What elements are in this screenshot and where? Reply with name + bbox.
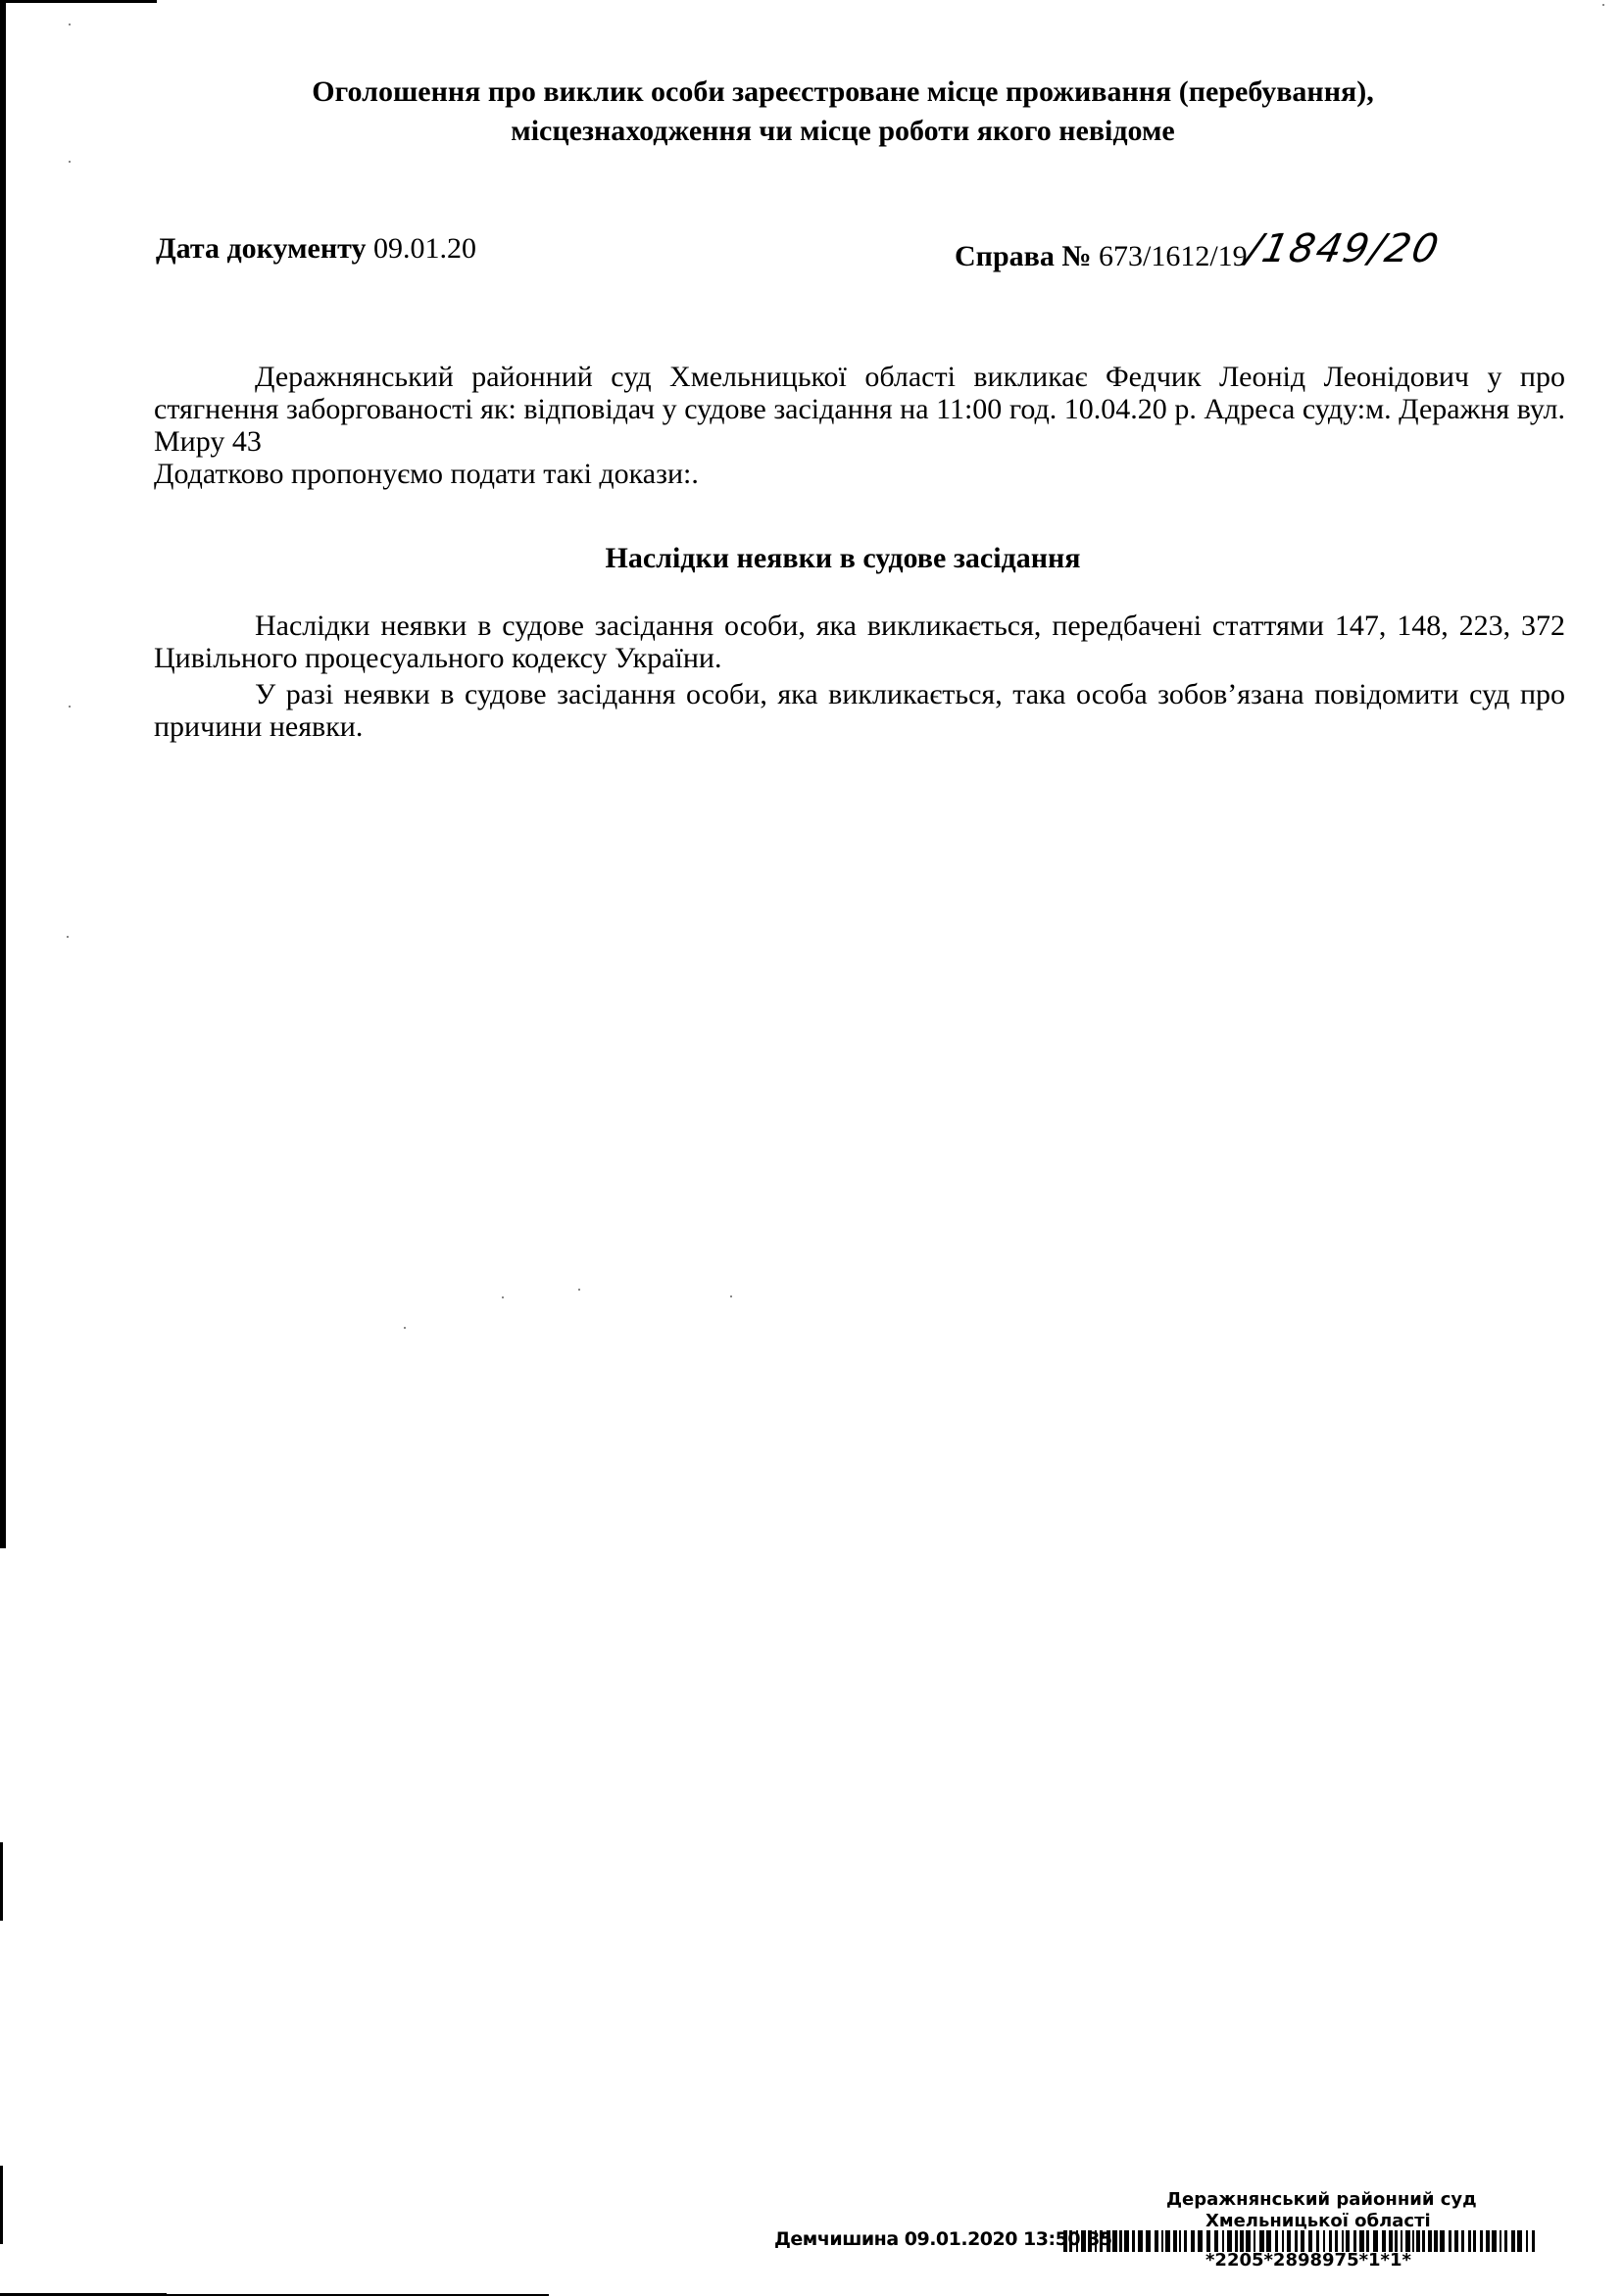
barcode-bar [1063,2230,1067,2252]
barcode-bar [1449,2230,1451,2252]
barcode-bar [1382,2230,1386,2252]
barcode-bar [1454,2230,1458,2252]
barcode-bar [1422,2230,1425,2252]
barcode-bar [1473,2230,1476,2252]
barcode-bar [1240,2230,1244,2252]
summons-body: Деражнянський районний суд Хмельницької … [154,361,1565,490]
barcode-bar [1335,2230,1338,2252]
barcode-bar [1282,2230,1284,2252]
barcode-bar [1492,2230,1497,2252]
barcode-bar [1301,2230,1304,2252]
case-number-printed: 673/1612/19 [1099,240,1248,272]
barcode-bar [1095,2230,1097,2252]
barcode [1063,2230,1539,2252]
section-heading: Наслідки неявки в судове засідання [147,541,1539,576]
barcode-bar [1405,2230,1410,2252]
scan-speck [69,24,71,25]
barcode-bar [1266,2230,1271,2252]
barcode-bar [1069,2230,1072,2252]
barcode-bar [1254,2230,1255,2252]
barcode-bar [1308,2230,1312,2252]
barcode-bar [1206,2230,1210,2252]
scan-speck [404,1327,406,1329]
barcode-bar [1259,2230,1264,2252]
barcode-bar [1353,2230,1356,2252]
case-number: Справа № 673/1612/19/1849/20 [955,235,1439,274]
barcode-bar [1366,2230,1369,2252]
barcode-bar [1486,2230,1490,2252]
barcode-bar [1389,2230,1393,2252]
barcode-bar [1342,2230,1344,2252]
date-value: 09.01.20 [373,232,476,265]
barcode-bar [1107,2230,1110,2252]
barcode-bar [1146,2230,1151,2252]
barcode-bar [1222,2230,1224,2252]
barcode-bar [1346,2230,1350,2252]
barcode-bar [1214,2230,1218,2252]
barcode-bar [1138,2230,1143,2252]
summons-paragraph: Деражнянський районний суд Хмельницької … [154,361,1565,458]
scan-speck [502,1296,504,1298]
barcode-bar [1323,2230,1325,2252]
barcode-bar [1100,2230,1103,2252]
barcode-bar [1517,2230,1522,2252]
barcode-bar [1511,2230,1515,2252]
barcode-bar [1434,2230,1438,2252]
scan-speck [69,706,71,708]
barcode-bar [1480,2230,1483,2252]
scan-speck [578,1289,580,1291]
barcode-bar [1412,2230,1414,2252]
barcode-bar [1173,2230,1177,2252]
scan-edge-left [0,0,6,1548]
scanned-document-page: Оголошення про виклик особи зареєстрован… [0,0,1623,2296]
barcode-bar [1428,2230,1432,2252]
barcode-bar [1395,2230,1398,2252]
barcode-bar [1088,2230,1092,2252]
barcode-bar [1526,2230,1528,2252]
barcode-bar [1416,2230,1420,2252]
date-label: Дата документу [156,232,366,265]
scan-edge-left-fragment [0,2166,3,2244]
barcode-bar [1076,2230,1078,2252]
stamp-court-name: Деражнянський районний суд [1166,2189,1477,2210]
title-line-2: місцезнаходження чи місце роботи якого н… [147,112,1539,151]
barcode-bar [1316,2230,1319,2252]
scan-edge-left-fragment [0,1842,3,1921]
case-label: Справа № [955,240,1091,272]
barcode-bar [1235,2230,1238,2252]
scan-speck [67,936,69,938]
barcode-bar [1184,2230,1187,2252]
barcode-bar [1329,2230,1332,2252]
scan-speck [730,1295,732,1297]
barcode-bar [1461,2230,1464,2252]
scan-speck [1602,4,1604,6]
barcode-bar [1227,2230,1232,2252]
stamp-court-region: Хмельницької області [1205,2211,1431,2231]
barcode-bar [1359,2230,1364,2252]
barcode-bar [1504,2230,1507,2252]
scan-speck [69,161,71,163]
barcode-bar [1373,2230,1378,2252]
barcode-bar [1155,2230,1158,2252]
barcode-bar [1161,2230,1163,2252]
barcode-bar [1198,2230,1203,2252]
barcode-bar [1287,2230,1291,2252]
evidence-paragraph: Додатково пропонуємо подати такі докази:… [154,458,1565,490]
barcode-bar [1132,2230,1135,2252]
case-number-handwritten: /1849/20 [1244,231,1443,267]
document-title: Оголошення про виклик особи зареєстрован… [147,73,1539,151]
barcode-bar [1081,2230,1086,2252]
barcode-bar [1500,2230,1501,2252]
barcode-bar [1532,2230,1535,2252]
document-date: Дата документу 09.01.20 [156,231,476,267]
barcode-bar [1275,2230,1278,2252]
barcode-bar [1295,2230,1298,2252]
barcode-bar [1191,2230,1195,2252]
consequences-paragraph-1: Наслідки неявки в судове засідання особи… [154,610,1565,674]
barcode-bar [1112,2230,1117,2252]
barcode-bar [1440,2230,1445,2252]
title-line-1: Оголошення про виклик особи зареєстрован… [147,73,1539,112]
consequences-body: Наслідки неявки в судове засідання особи… [154,610,1565,743]
barcode-bar [1401,2230,1402,2252]
barcode-text: *2205*2898975*1*1* [1205,2250,1411,2271]
scan-edge-top [0,0,157,3]
barcode-bar [1124,2230,1129,2252]
barcode-bar [1246,2230,1251,2252]
stamp-registrar-timestamp: Демчишина 09.01.2020 13:50:35 [774,2228,1112,2250]
barcode-bar [1119,2230,1122,2252]
barcode-bar [1468,2230,1471,2252]
consequences-paragraph-2: У разі неявки в судове засідання особи, … [154,678,1565,743]
barcode-bar [1179,2230,1181,2252]
barcode-bar [1165,2230,1170,2252]
